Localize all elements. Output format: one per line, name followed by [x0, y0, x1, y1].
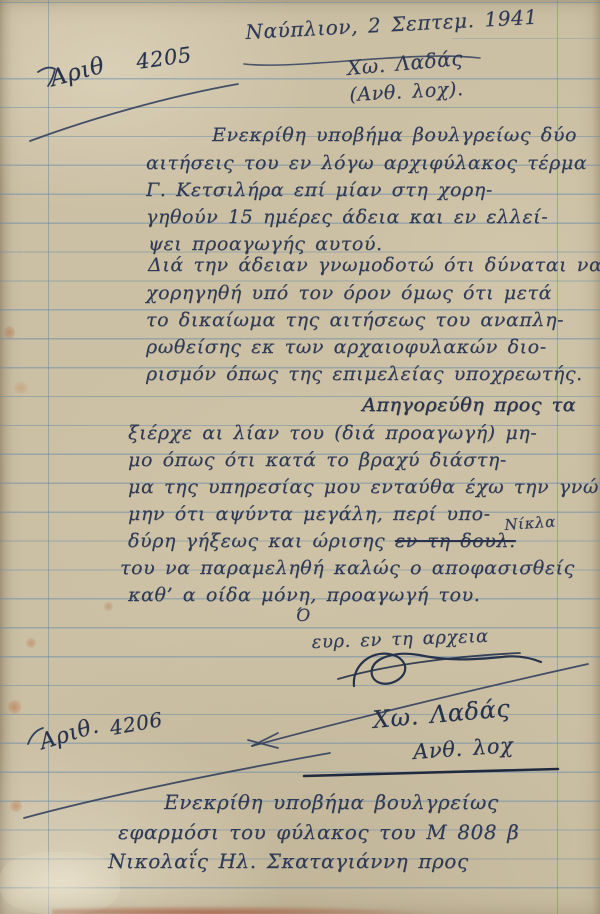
stain	[8, 700, 21, 714]
header-signer-detail: (Ανθ. λοχ).	[349, 78, 464, 106]
closing-note: ευρ. εν τη αρχεια	[311, 626, 489, 653]
scanned-letter-page: Ναύπλιον, 2 Σεπτεμ. 1941 Χω. Λαδάς (Ανθ.…	[0, 0, 600, 914]
stain	[14, 382, 28, 394]
handwritten-line-with-strike: δύρη γήξεως και ώρισης εν τη δουλ.	[128, 530, 516, 552]
handwritten-line: μην ότι αψύντα μεγάλη, περί υπο-	[128, 503, 491, 525]
handwritten-line: μα της υπηρεσίας μου ενταύθα έχω την γνώ…	[128, 476, 600, 498]
stain	[26, 638, 36, 648]
trailing-mark: Ό	[296, 606, 311, 626]
handwritten-line: εφαρμόσι του φύλακος του Μ 808 β	[118, 820, 519, 844]
ruled-line-faint	[452, 38, 600, 39]
handwritten-line: Γ. Κετσιλήρα επί μίαν στη χορη-	[146, 179, 493, 201]
handwritten-line: του να παραμεληθή καλώς ο αποφασισθείς	[120, 557, 575, 579]
line-text: δύρη γήξεως και ώρισης	[128, 530, 385, 552]
bottom-edge-stain	[52, 906, 435, 914]
handwritten-line: μο όπως ότι κατά το βραχύ διάστη-	[128, 449, 507, 471]
handwritten-line: ρωθείσης εκ των αρχαιοφυλακών διο-	[146, 336, 547, 358]
handwritten-line: αιτήσεις του εν λόγω αρχιφύλακος τέρμα	[146, 152, 587, 174]
registry-label-top: Αριθ	[47, 53, 107, 92]
handwritten-line: Νικολαΐς Ηλ. Σκαταγιάννη προς	[108, 849, 469, 873]
margin-line-left	[48, 0, 49, 914]
registry-number-top: 4205	[135, 42, 194, 74]
signature-name: Χω. Λαδάς	[372, 694, 512, 734]
handwritten-line: Ενεκρίθη υποβήμα βουλγρείως	[164, 790, 499, 814]
signature-rank: Ανθ. λοχ	[412, 733, 514, 764]
stain	[10, 800, 22, 812]
handwritten-line: ρισμόν όπως της επιμελείας υποχρεωτής.	[146, 363, 583, 385]
handwritten-line: γηθούν 15 ημέρες άδεια και εν ελλεί-	[146, 206, 548, 228]
header-signer-name: Χω. Λαδάς	[346, 46, 464, 80]
registry-number-bottom: 4206	[108, 707, 165, 740]
stain	[104, 602, 113, 611]
registry-label-bottom: Αριθ.	[37, 713, 102, 755]
stain	[4, 326, 15, 339]
handwritten-line: ψει προαγωγής αυτού.	[148, 233, 383, 255]
paper-light-patch	[0, 852, 120, 914]
handwritten-line: Ενεκρίθη υποβήμα βουλγρείως δύο	[212, 124, 577, 146]
ruled-line-top	[0, 2, 600, 3]
struck-text: εν τη δουλ.	[395, 530, 516, 552]
handwritten-line: το δικαίωμα της αιτήσεως του αναπλη-	[146, 309, 564, 331]
handwritten-line: Διά την άδειαν γνωμοδοτώ ότι δύναται να	[148, 254, 600, 276]
handwritten-line: χορηγηθή υπό τον όρον όμως ότι μετά	[146, 282, 552, 304]
handwritten-line: καθ’ α οίδα μόνη, προαγωγή του.	[128, 584, 480, 606]
inserted-word: Νίκλα	[504, 512, 557, 534]
handwritten-line: ξιέρχε αι λίαν του (διά προαγωγή) μη-	[128, 422, 537, 444]
handwritten-line: Απηγορεύθη προς τα	[362, 394, 576, 416]
